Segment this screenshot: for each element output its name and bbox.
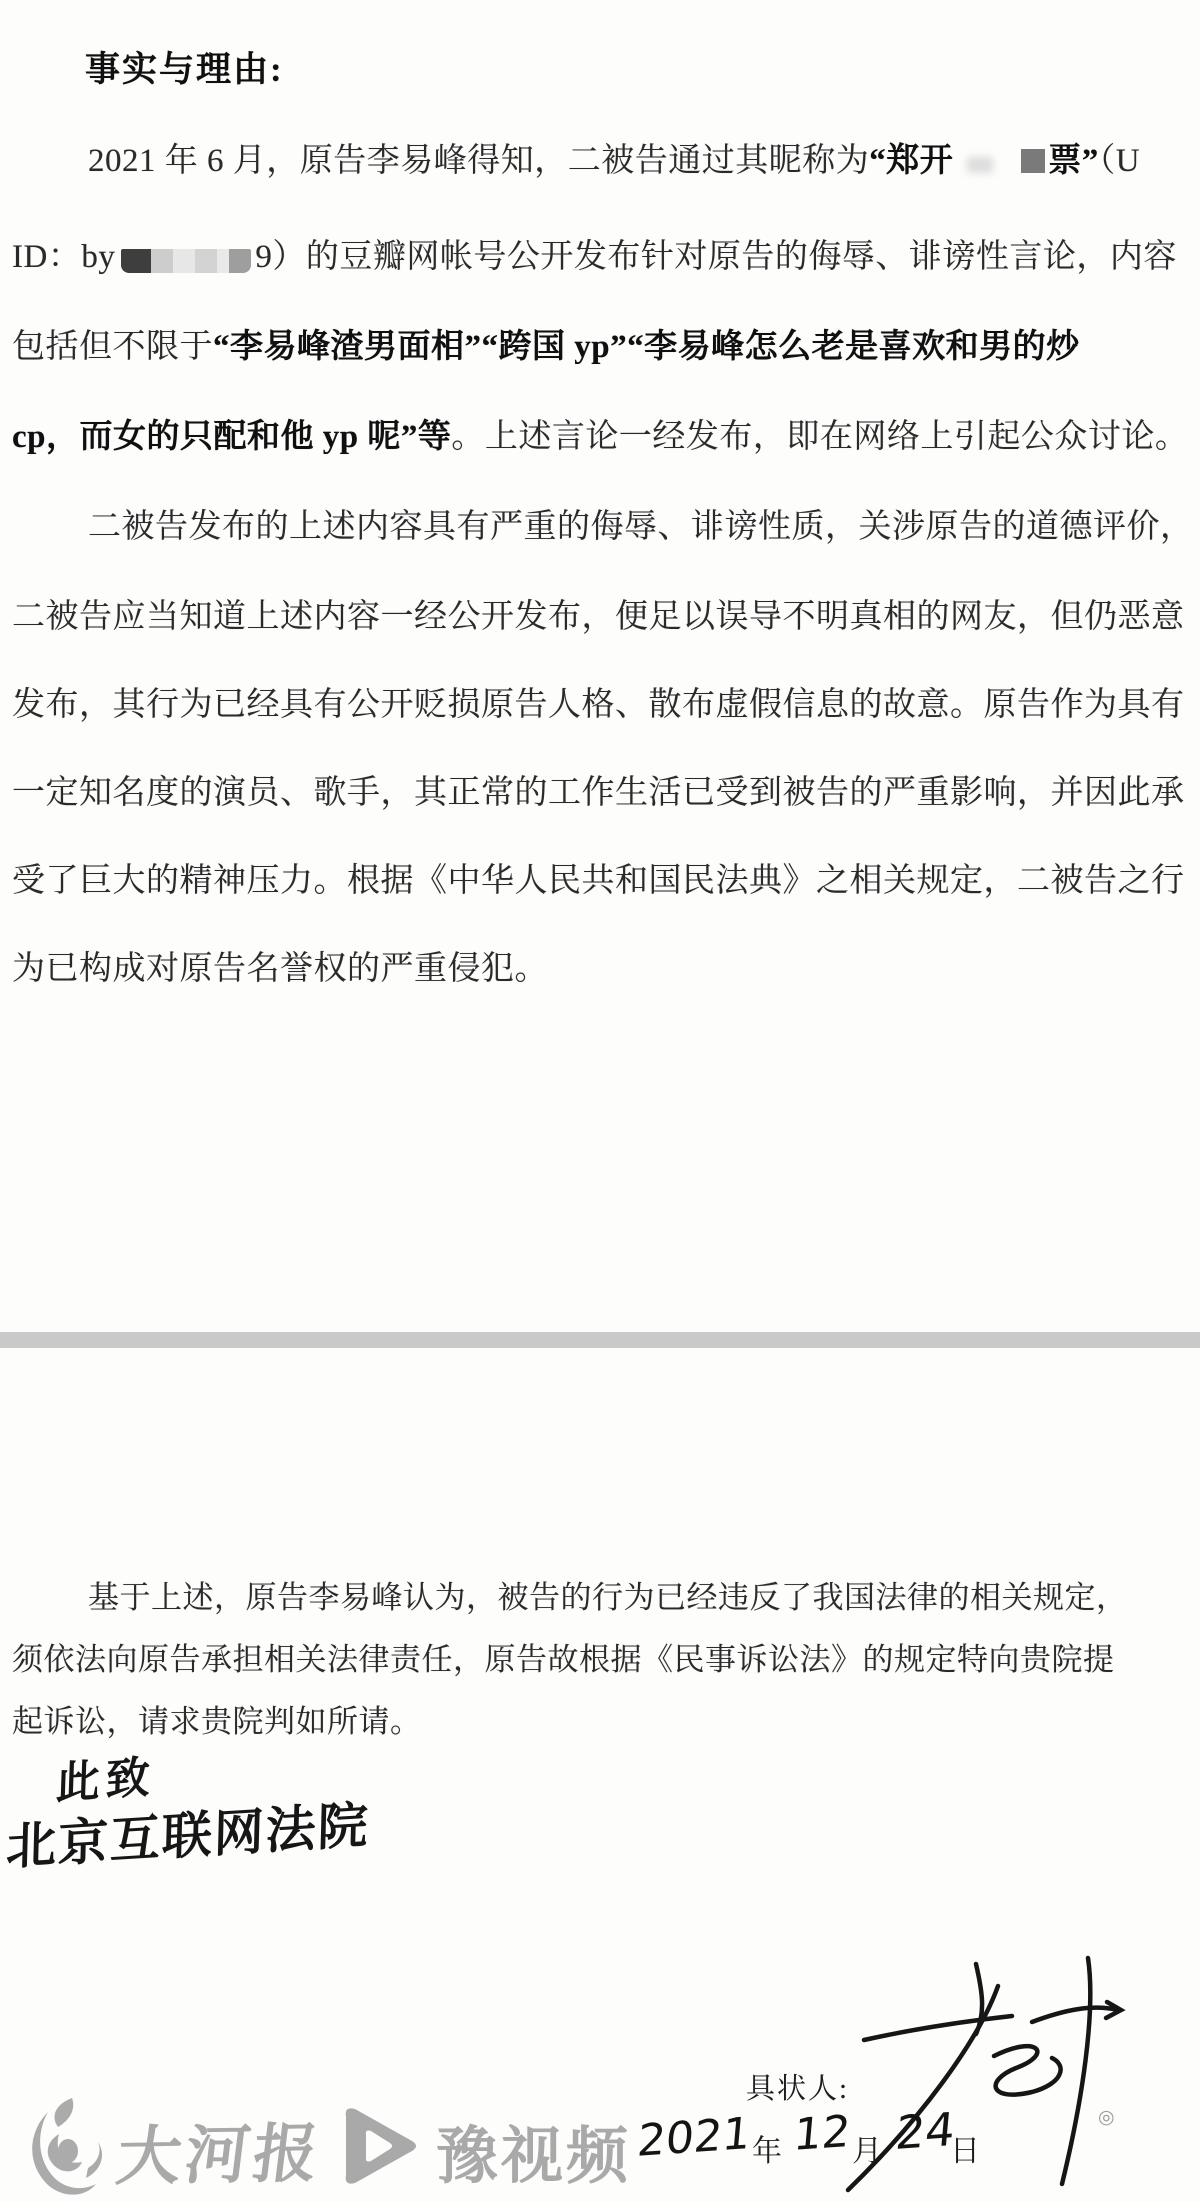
censor-dark-block (1021, 149, 1045, 173)
p1-l1-text: 2021 年 6 月，原告李易峰得知，二被告通过其昵称为 (88, 143, 869, 179)
paragraph2-line3: 发布，其行为已经具有公开贬损原告人格、散布虚假信息的故意。原告作为具有 (12, 678, 1185, 725)
page-break-divider-bar (0, 1332, 1200, 1348)
p1-l2-uid-prefix: ID：by (12, 239, 115, 275)
date-unit-day: 日 (950, 2126, 980, 2170)
mosaic-cell (229, 249, 251, 273)
paragraph1-line2: ID：by9）的豆瓣网帐号公开发布针对原告的侮辱、诽谤性言论，内容 (12, 230, 1177, 277)
paragraph3-line3: 起诉讼，请求贵院判如所请。 (12, 1696, 422, 1741)
p1-l1-nickname-open: “郑开 (869, 143, 953, 179)
mosaic-cell (151, 249, 173, 273)
paragraph2-line5: 受了巨大的精神压力。根据《中华人民共和国民法典》之相关规定，二被告之行 (12, 854, 1185, 901)
watermark-brand-dahebao: 大河报 (112, 2102, 328, 2198)
paragraph2-line2: 二被告应当知道上述内容一经公开发布，便足以误导不明真相的网友，但仍恶意 (12, 590, 1185, 637)
mosaic-cell (195, 249, 217, 273)
censor-blur-patch (967, 157, 993, 173)
legal-document-photo: 事实与理由: 2021 年 6 月，原告李易峰得知，二被告通过其昵称为“郑开票”… (0, 0, 1200, 2202)
p1-l4-text: 。上述言论一经发布，即在网络上引起公众讨论。 (451, 419, 1188, 455)
watermark-brand-yushipin: 豫视频 (436, 2106, 631, 2195)
p1-l4-quoted-insults: cp，而女的只配和他 yp 呢”等 (12, 419, 451, 455)
mosaic-cell (121, 249, 151, 273)
mosaic-cell (173, 249, 195, 273)
paragraph3-line1: 基于上述，原告李易峰认为，被告的行为已经违反了我国法律的相关规定， (88, 1572, 1128, 1617)
p1-l3-text: 包括但不限于 (12, 329, 213, 365)
p1-l2-text: 9）的豆瓣网帐号公开发布针对原告的侮辱、诽谤性言论，内容 (255, 239, 1177, 275)
paragraph3-line2: 须依法向原告承担相关法律责任，原告故根据《民事诉讼法》的规定特向贵院提 (12, 1634, 1115, 1679)
handwritten-day: 24 (893, 2102, 957, 2160)
censor-mosaic-block (121, 249, 251, 273)
p1-l1-paren: （U (1099, 143, 1140, 179)
dahebao-swirl-logo-icon (26, 2096, 106, 2200)
yushipin-play-logo-icon (332, 2102, 424, 2190)
p1-l1-nickname-close: 票” (1048, 143, 1099, 179)
paragraph2-line4: 一定知名度的演员、歌手，其正常的工作生活已受到被告的严重影响，并因此承 (12, 766, 1185, 813)
handwritten-year: 2021 (635, 2108, 752, 2167)
paragraph2-line6: 为已构成对原告名誉权的严重侵犯。 (12, 942, 548, 989)
paragraph2-line1: 二被告发布的上述内容具有严重的侮辱、诽谤性质，关涉原告的道德评价， (88, 500, 1194, 547)
handwritten-month: 12 (792, 2106, 853, 2161)
paragraph1-line4: cp，而女的只配和他 yp 呢”等。上述言论一经发布，即在网络上引起公众讨论。 (12, 410, 1188, 457)
section-heading-facts-and-reasons: 事实与理由: (85, 42, 284, 92)
p1-l3-quoted-insults: “李易峰渣男面相”“跨国 yp”“李易峰怎么老是喜欢和男的炒 (213, 329, 1080, 365)
date-unit-month: 月 (852, 2126, 882, 2170)
date-unit-year: 年 (752, 2126, 782, 2170)
small-ring-mark: ◎ (1098, 2106, 1115, 2129)
paragraph1-line3: 包括但不限于“李易峰渣男面相”“跨国 yp”“李易峰怎么老是喜欢和男的炒 (12, 320, 1080, 367)
mosaic-cell (217, 249, 229, 273)
paragraph1-line1: 2021 年 6 月，原告李易峰得知，二被告通过其昵称为“郑开票”（U (88, 134, 1140, 181)
